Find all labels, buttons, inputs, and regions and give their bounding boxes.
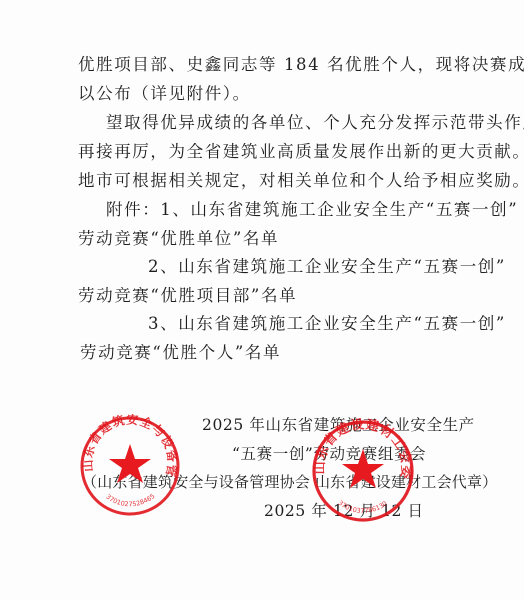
body-line-1: 优胜项目部、史鑫同志等 184 名优胜个人，现将决赛成绩予 [78,55,524,75]
body-line-2: 以公布（详见附件）。 [78,84,251,104]
signature-org-line-1: 2025 年山东省建筑施工企业安全生产 [202,415,475,435]
attachment-2-line-2: 劳动竞赛“优胜项目部”名单 [78,286,297,306]
attachment-1-line-1: 附件：1、山东省建筑施工企业安全生产“五赛一创” [106,200,518,220]
svg-text:山东省建筑安全与设备管理协会: 山东省建筑安全与设备管理协会 [78,414,180,479]
attachment-3-line-2: 劳动竞赛“优胜个人”名单 [80,343,281,363]
attachment-3-line-1: 3、山东省建筑施工企业安全生产“五赛一创” [148,314,506,334]
left-seal-stamp: 山东省建筑安全与设备管理协会 3701027528465 [78,414,182,518]
signature-org-line-2: “五赛一创”劳动竞赛组委会 [232,444,426,464]
body-line-4: 再接再厉，为全省建筑业高质量发展作出新的更大贡献。各 [78,142,524,162]
svg-text:3701027528465: 3701027528465 [104,492,156,508]
body-line-3: 望取得优异成绩的各单位、个人充分发挥示范带头作用， [106,113,524,133]
signature-org-line-3: （山东省建筑安全与设备管理协会 山东省建设建材工会代章） [82,472,497,492]
attachment-1-line-2: 劳动竞赛“优胜单位”名单 [78,229,279,249]
body-line-5: 地市可根据相关规定，对相关单位和个人给予相应奖励。 [78,171,524,191]
signature-date: 2025 年 12 月 12 日 [264,501,424,521]
attachment-2-line-1: 2、山东省建筑施工企业安全生产“五赛一创” [148,257,506,277]
